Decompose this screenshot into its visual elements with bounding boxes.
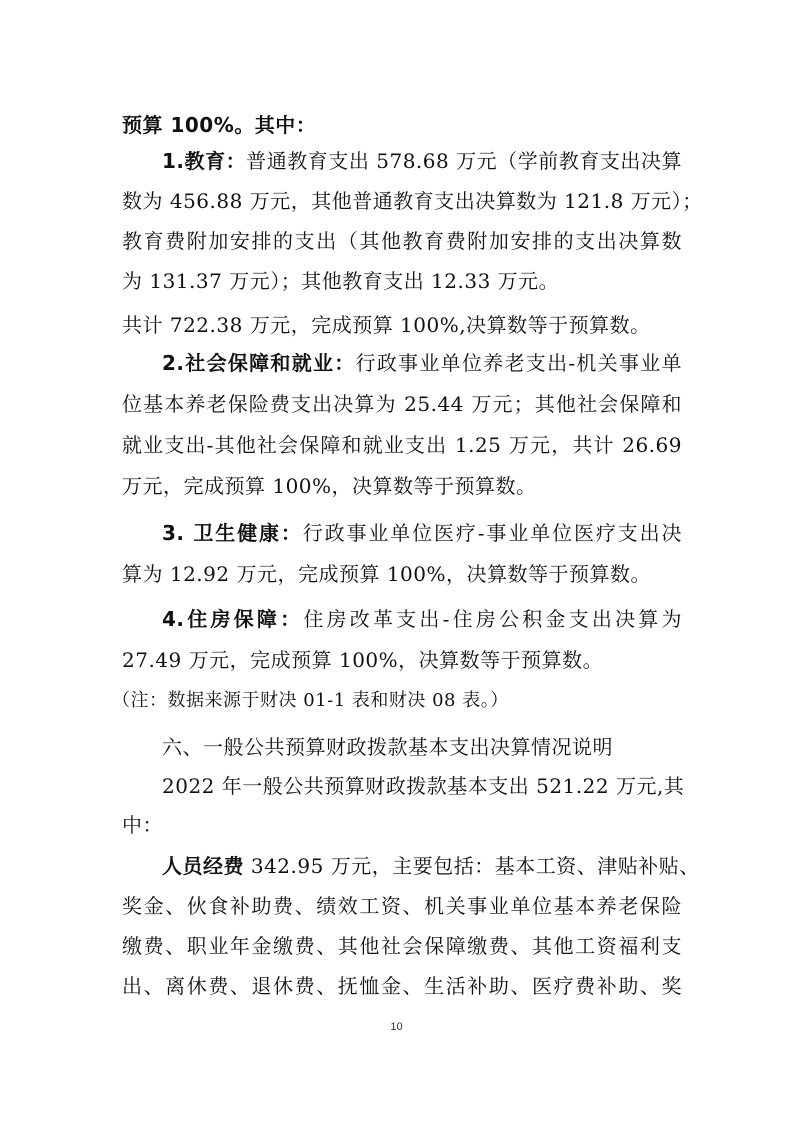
section-heading: 人员经费 <box>162 854 244 878</box>
paragraph-line: 奖金、伙食补助费、绩效工资、机关事业单位基本养老保险 <box>122 893 682 919</box>
section-heading: 1.教育： <box>162 149 246 173</box>
page-number: 10 <box>0 1021 793 1033</box>
paragraph-line: 算为 12.92 万元，完成预算 100%，决算数等于预算数。 <box>122 561 682 587</box>
paragraph-line: 中： <box>122 812 682 838</box>
paragraph-line: 缴费、职业年金缴费、其他社会保障缴费、其他工资福利支 <box>122 933 682 959</box>
paragraph-line: 位基本养老保险费支出决算为 25.44 万元；其他社会保障和 <box>122 391 682 417</box>
section-housing: 4.住房保障：住房改革支出-住房公积金支出决算为 <box>162 606 682 632</box>
paragraph-line: 数为 456.88 万元，其他普通教育支出决算数为 121.8 万元）； <box>122 188 682 214</box>
section-social-security: 2.社会保障和就业：行政事业单位养老支出-机关事业单 <box>162 350 682 376</box>
section-personnel-expenses: 人员经费 342.95 万元，主要包括：基本工资、津贴补贴、 <box>162 853 682 879</box>
section-health: 3. 卫生健康：行政事业单位医疗-事业单位医疗支出决 <box>162 520 682 546</box>
paragraph-line: 2022 年一般公共预算财政拨款基本支出 521.22 万元,其 <box>162 773 682 799</box>
paragraph-line: 万元，完成预算 100%，决算数等于预算数。 <box>122 473 682 499</box>
paragraph-line: 就业支出-其他社会保障和就业支出 1.25 万元，共计 26.69 <box>122 432 682 458</box>
paragraph-line: 27.49 万元，完成预算 100%，决算数等于预算数。 <box>122 647 682 673</box>
paragraph-line: 为 131.37 万元）；其他教育支出 12.33 万元。 <box>122 268 682 294</box>
paragraph-line: 共计 722.38 万元，完成预算 100%,决算数等于预算数。 <box>122 312 682 338</box>
section-title: 六、一般公共预算财政拨款基本支出决算情况说明 <box>162 734 682 760</box>
paragraph-line: 预算 100%。其中： <box>122 112 682 138</box>
section-heading: 3. 卫生健康： <box>162 521 303 545</box>
section-heading: 2.社会保障和就业： <box>162 351 356 375</box>
paragraph-line: 出、离休费、退休费、抚恤金、生活补助、医疗费补助、奖 <box>122 973 682 999</box>
section-heading: 4.住房保障： <box>162 607 303 631</box>
section-education: 1.教育：普通教育支出 578.68 万元（学前教育支出决算 <box>162 148 682 174</box>
paragraph-line: 教育费附加安排的支出（其他教育费附加安排的支出决算数 <box>122 228 682 254</box>
source-note: （注：数据来源于财决 01-1 表和财决 08 表。） <box>112 688 672 714</box>
